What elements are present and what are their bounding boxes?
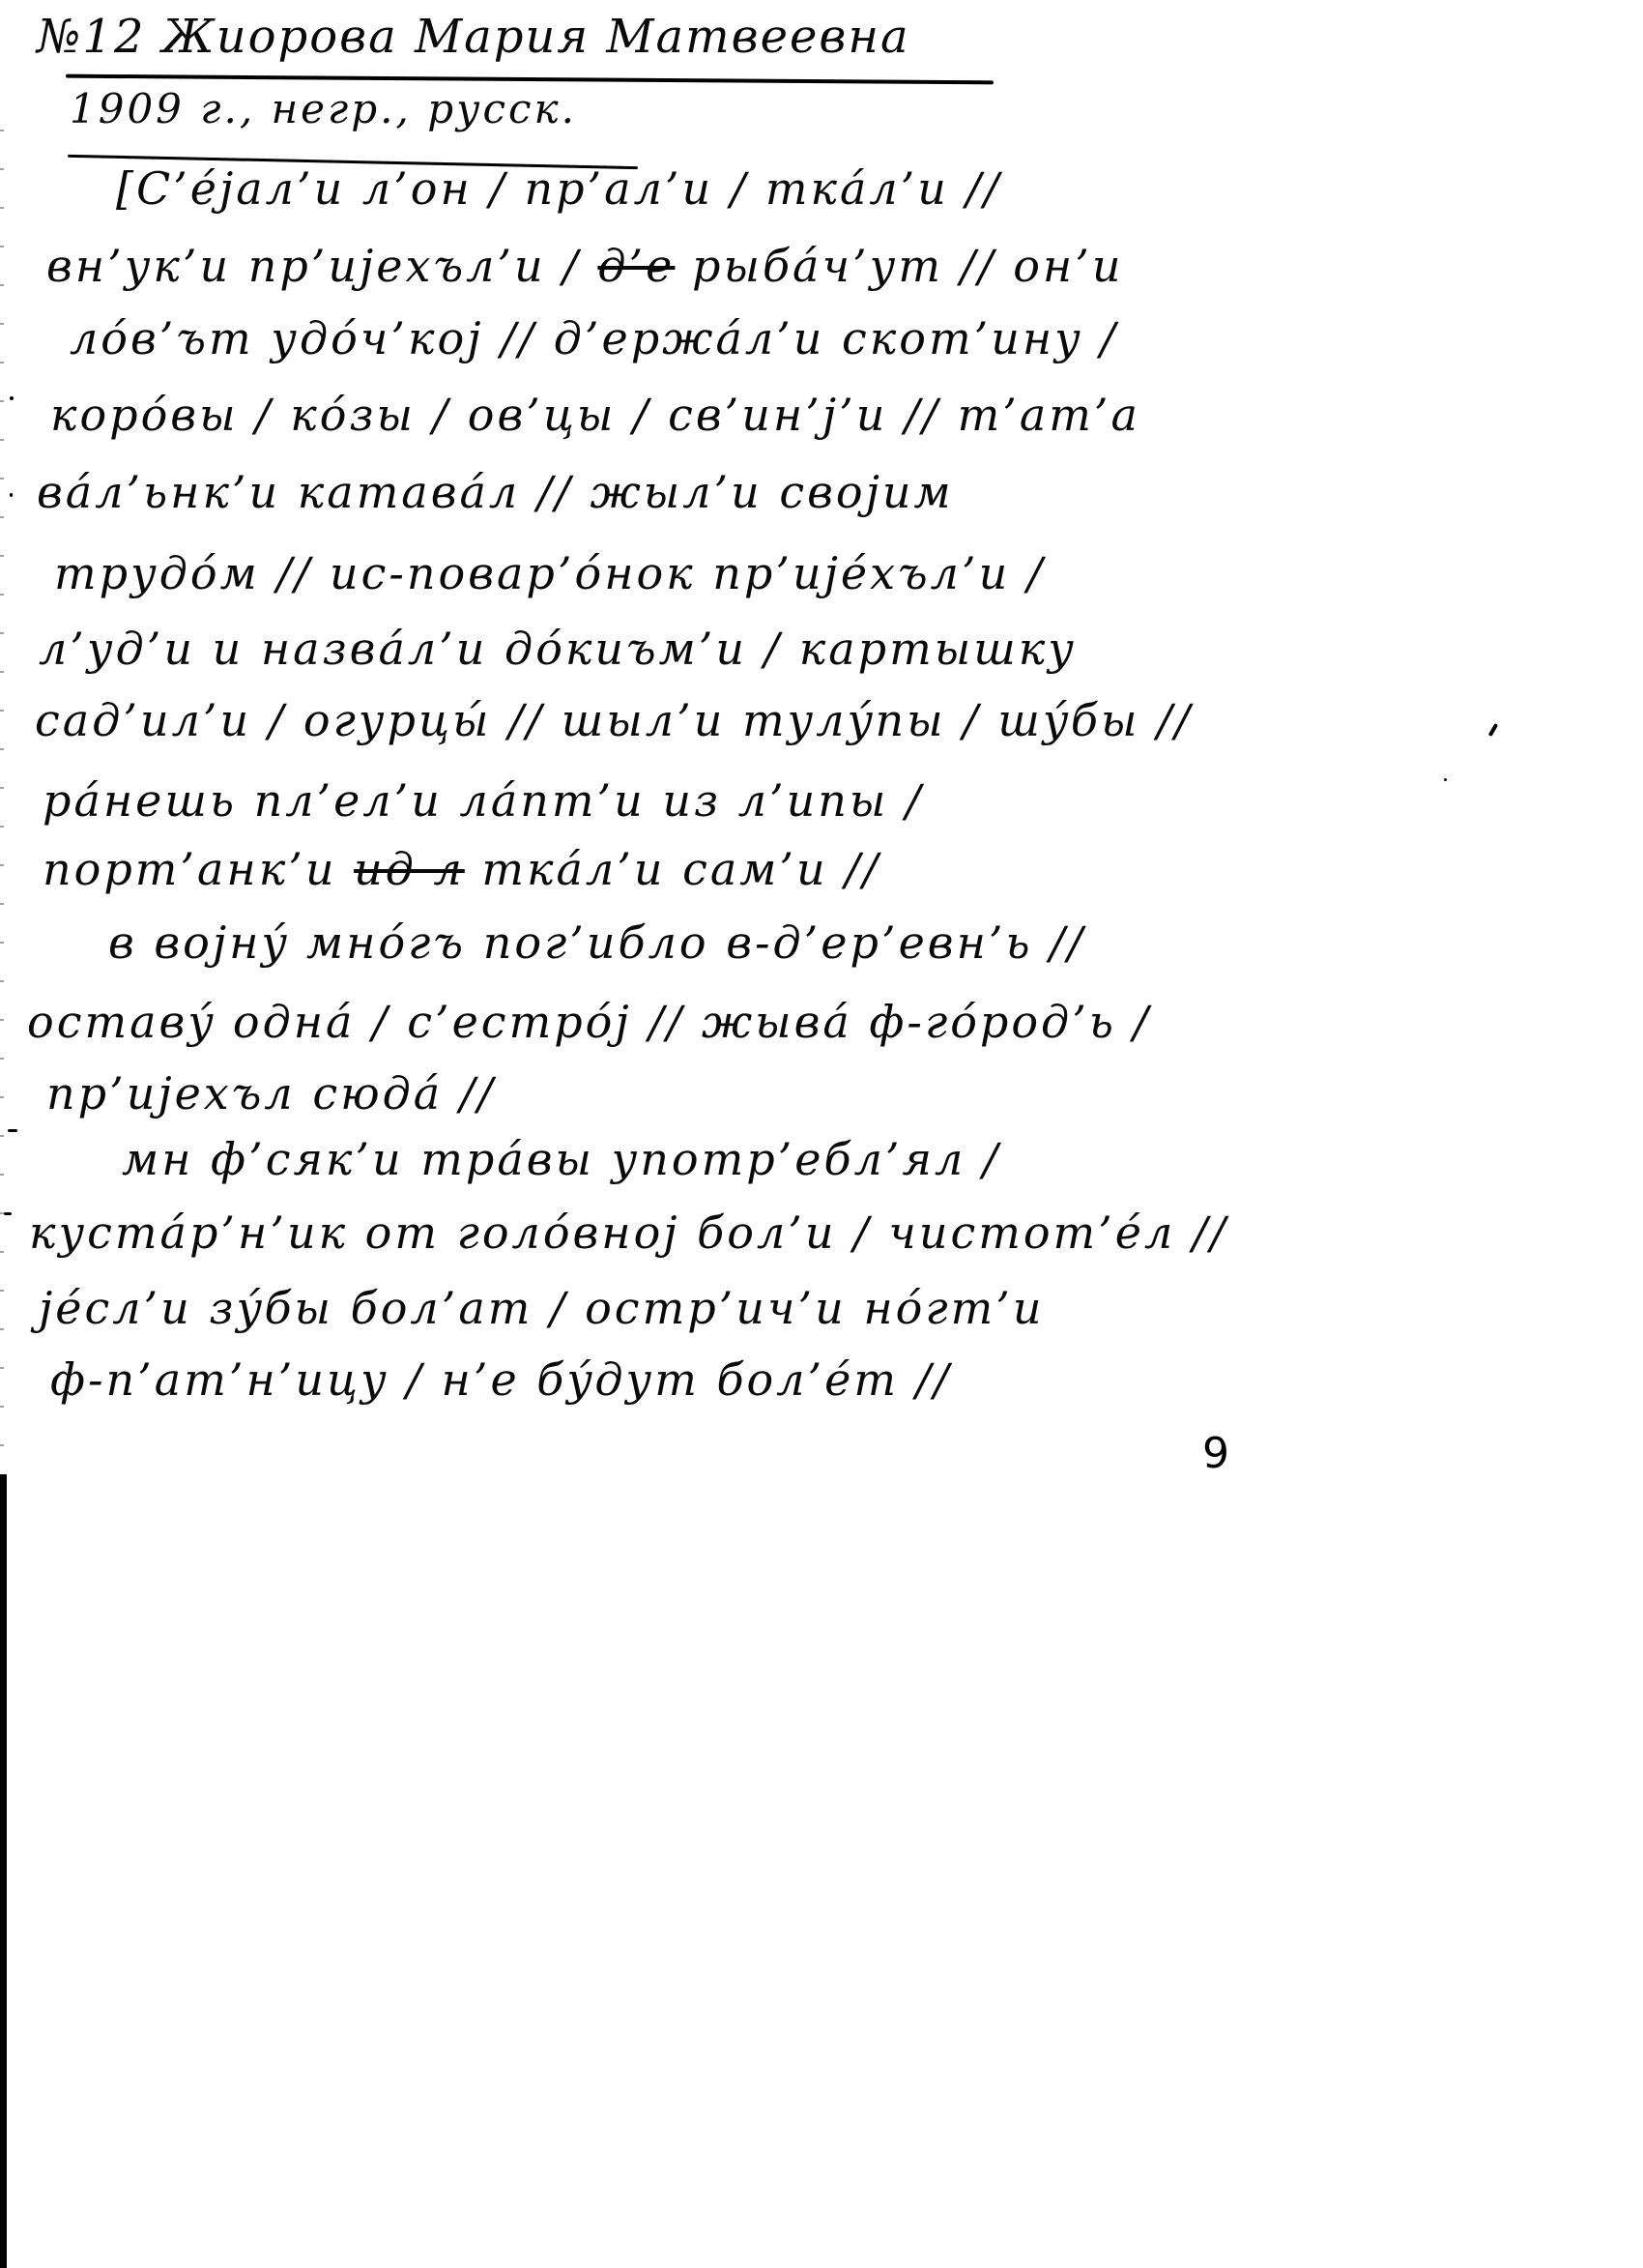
text-line-16: јéсл’и зýбы бол’ат / остр’ич’и нóгт’и (39, 1286, 1044, 1330)
text-segment: ф-п’ат’н’ицу / н’е бýдут бол’éт // (50, 1353, 952, 1406)
text-segment: рáнешь пл’ел’и лáпт’и из л’ипы / (43, 774, 923, 827)
text-segment: трудóм // ис-повар’óнок пр’ијéхъл’и / (54, 547, 1045, 599)
scan-speck (1444, 778, 1447, 781)
scan-speck (10, 493, 13, 497)
informant-title: №12 Жиорова Мария Матвеевна (37, 14, 910, 60)
text-line-7: л’уд’и и назвáл’и дóкиъм’и / картышку (39, 626, 1077, 671)
text-line-13: пр’ијехъл сюдá // (46, 1071, 496, 1116)
text-line-14: мн ф’сяк’и трáвы употр’ебл’ял / (122, 1137, 1000, 1181)
text-line-3: лóв’ът удóч’коj // д’ержáл’и скот’ину / (70, 316, 1118, 361)
text-segment: [С’éјал’и л’он / пр’ал’и / ткáл’и // (116, 162, 1002, 215)
text-segment: сад’ил’и / огурцы́ // шыл’и тулýпы / шýб… (35, 694, 1193, 746)
text-line-4: корóвы / кóзы / ов’цы / св’ин’j’и // т’а… (50, 393, 1140, 437)
text-segment: вáл’ьнк’и катавáл // жыл’и својим (37, 466, 954, 518)
text-line-5: вáл’ьнк’и катавáл // жыл’и својим (37, 470, 954, 514)
text-segment: ткáл’и сам’и // (465, 843, 881, 895)
text-line-6: трудóм // ис-повар’óнок пр’ијéхъл’и / (54, 551, 1045, 596)
page-number: 9 (1202, 1429, 1229, 1478)
title-underline (66, 74, 994, 85)
scanned-page: №12 Жиорова Мария Матвеевна 1909 г., нег… (0, 0, 1643, 2268)
text-line-text: кустáр’н’ик от голóвноj бол’и / чистот’é… (29, 1207, 1228, 1259)
text-segment: л’уд’и и назвáл’и дóкиъм’и / картышку (39, 623, 1077, 675)
text-segment: порт’анк’и (43, 843, 354, 895)
scan-speck (8, 1129, 17, 1132)
text-segment: рыбáч’ут // он’и (675, 240, 1123, 292)
text-line-17: ф-п’ат’н’ицу / н’е бýдут бол’éт // (50, 1357, 952, 1402)
text-line-2: вн’ук’и пр’иjехъл’и / д’е рыбáч’ут // он… (46, 244, 1123, 288)
text-line-11: в војнý мнóгъ пог’ибло в-д’ер’евн’ь // (108, 920, 1085, 965)
text-segment: вн’ук’и пр’иjехъл’и / (46, 240, 597, 292)
text-segment: оставý однá / с’естрóј // жывá ф-гóрод’ь… (27, 996, 1151, 1048)
text-segment: пр’ијехъл сюдá // (46, 1067, 496, 1119)
text-segment: корóвы / кóзы / ов’цы / св’ин’j’и // т’а… (50, 389, 1140, 441)
text-line-1: [С’éјал’и л’он / пр’ал’и / ткáл’и // (116, 166, 1002, 211)
text-segment: јéсл’и зýбы бол’ат / остр’ич’и нóгт’и (39, 1282, 1044, 1334)
text-line-10: порт’анк’и ид л ткáл’и сам’и // (43, 847, 880, 891)
struck-text: ид л (354, 843, 465, 895)
scan-speck (4, 1212, 12, 1215)
text-line-12: оставý однá / с’естрóј // жывá ф-гóрод’ь… (27, 1000, 1151, 1044)
scan-speck (1488, 723, 1498, 737)
text-line-8: сад’ил’и / огурцы́ // шыл’и тулýпы / шýб… (35, 698, 1193, 742)
informant-info: 1909 г., негр., русск. (70, 89, 577, 130)
struck-text: д’е (597, 240, 675, 292)
text-line-15: кустáр’н’ик от голóвноj бол’и / чистот’é… (29, 1210, 1228, 1255)
scan-speck (10, 396, 14, 400)
scan-edge-marks (0, 116, 4, 1469)
text-line-9: рáнешь пл’ел’и лáпт’и из л’ипы / (43, 778, 923, 823)
text-segment: мн ф’сяк’и трáвы употр’ебл’ял / (122, 1133, 1000, 1185)
text-segment: в војнý мнóгъ пог’ибло в-д’ер’евн’ь // (108, 916, 1085, 969)
scan-edge-bar (0, 1474, 7, 2268)
text-segment: лóв’ът удóч’коj // д’ержáл’и скот’ину / (70, 312, 1118, 364)
